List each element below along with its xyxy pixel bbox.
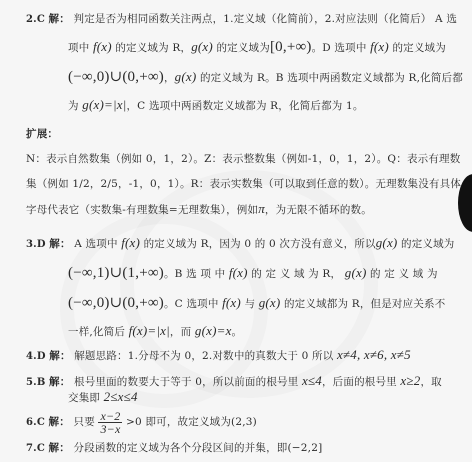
- text: 的定义域为: [389, 42, 446, 54]
- text: ，取: [420, 376, 441, 388]
- text: ，: [164, 72, 175, 84]
- q3-line-3: (−∞,0)∪(0,+∞)。C 选项中 f(x) 与 g(x) 的定义域都为 R…: [68, 296, 445, 311]
- math: g(x)=|x|: [82, 97, 126, 112]
- q7-solution-marker: 解：: [49, 442, 70, 454]
- fraction: x−23−x: [98, 410, 122, 435]
- q7-line: 7.C 解： 分段函数的定义域为各个分段区间的并集，即(−2,2]: [26, 441, 322, 456]
- math: (−∞,0)∪(0,+∞): [68, 295, 164, 311]
- math: π: [258, 201, 265, 216]
- q2-label: 2.C: [26, 14, 45, 25]
- math: x≤4: [302, 373, 322, 388]
- text: 的定义域为: [213, 42, 270, 54]
- numerator: x−2: [98, 410, 122, 423]
- text: 为: [68, 100, 82, 112]
- text: 的定义域为 R。B 选项中两函数定义域都为 R,化简后都: [196, 72, 463, 84]
- text: 。C 选项中: [164, 298, 222, 310]
- q6-solution-marker: 解：: [49, 416, 70, 428]
- text: 项中: [68, 42, 93, 54]
- text: 。D 选项中: [312, 42, 371, 54]
- math: (−∞,1)∪(1,+∞): [68, 265, 164, 281]
- math: x≠4, x≠6, x≠5: [337, 347, 411, 362]
- q5-line-2: 交集即 2≤x≤4: [68, 390, 138, 405]
- text: 的定义域为 R，: [112, 42, 191, 54]
- q4-line: 4.D 解： 解题思路：1.分母不为 0，2.对数中的真数大于 0 所以 x≠4…: [26, 348, 411, 364]
- q4-label: 4.D: [26, 351, 46, 362]
- q2-text: 判定是否为相同函数关注两点，1.定义域（化简前），2.对应法则（化简后） A 选: [74, 13, 458, 25]
- q7-label: 7.C: [26, 443, 45, 454]
- q2-line-1: 2.C 解： 判定是否为相同函数关注两点，1.定义域（化简前），2.对应法则（化…: [26, 12, 457, 27]
- text: 的定义域为 R，因为 0 的 0 次方没有意义，所以: [140, 238, 376, 250]
- math: f(x): [370, 39, 389, 54]
- math: g(x): [175, 69, 197, 84]
- text: 的 定 义 域 为 R，: [248, 268, 345, 280]
- q5-solution-marker: 解：: [49, 376, 70, 388]
- q6-line: 6.C 解： 只要 x−23−x >0 即可，故定义域为(2,3): [26, 408, 257, 437]
- text: ，C 选项中两函数定义域都为 R，化简后都为 1。: [126, 100, 363, 112]
- math: f(x): [121, 235, 140, 250]
- q3-solution-marker: 解：: [49, 238, 70, 250]
- q3-line-1: 3.D 解： A 选项中 f(x) 的定义域为 R，因为 0 的 0 次方没有意…: [26, 236, 455, 252]
- text: 。: [232, 326, 243, 338]
- text: ，为无限不循环的数。: [265, 204, 372, 216]
- text: 字母代表它（实数集-有理数集=无理数集），例如: [26, 204, 258, 216]
- text: 的定义域为: [397, 238, 454, 250]
- ext-line-1: N：表示自然数集（例如 0，1，2）。Z：表示整数集（例如-1，0，1，2）。Q…: [26, 152, 460, 166]
- math: g(x)=x: [195, 323, 232, 338]
- math: g(x): [191, 39, 213, 54]
- text: ，后面的根号里: [322, 376, 400, 388]
- text: 一样,化简后: [68, 326, 129, 338]
- math: f(x): [229, 265, 248, 280]
- math: (−∞,0)∪(0,+∞): [68, 69, 164, 85]
- q2-line-2: 项中 f(x) 的定义域为 R，g(x) 的定义域为[0,+∞)。D 选项中 f…: [68, 40, 446, 55]
- q2-solution-marker: 解：: [49, 13, 70, 25]
- math: g(x): [259, 295, 281, 310]
- text: 根号里面的数要大于等于 0，所以前面的根号里: [74, 376, 302, 388]
- q6-label: 6.C: [26, 417, 45, 428]
- text: 的定义域都为 R，但是对应关系不: [280, 298, 445, 310]
- q2-line-4: 为 g(x)=|x|，C 选项中两函数定义域都为 R，化简后都为 1。: [68, 98, 364, 113]
- q5-line-1: 5.B 解： 根号里面的数要大于等于 0，所以前面的根号里 x≤4，后面的根号里…: [26, 374, 442, 390]
- math: g(x): [376, 235, 398, 250]
- ext-line-2: 集（例如 1/2，2/5，-1，0，1）。R：表示实数集（可以取到任意的数）。无…: [26, 177, 461, 191]
- text: ，而: [170, 326, 195, 338]
- math: 2≤x≤4: [104, 389, 138, 404]
- math: x≥2: [400, 373, 420, 388]
- q5-label: 5.B: [26, 377, 46, 388]
- text: >0 即可，故定义域为(2,3): [122, 416, 256, 428]
- text: 解题思路：1.分母不为 0，2.对数中的真数大于 0 所以: [74, 350, 337, 362]
- q2-line-3: (−∞,0)∪(0,+∞)，g(x) 的定义域为 R。B 选项中两函数定义域都为…: [68, 70, 463, 85]
- math: f(x)=|x|: [129, 323, 170, 338]
- text: 与: [241, 298, 259, 310]
- document-page: 2.C 解： 判定是否为相同函数关注两点，1.定义域（化简前），2.对应法则（化…: [0, 0, 472, 462]
- math: f(x): [93, 39, 112, 54]
- text: 。B 选 项 中: [164, 268, 229, 280]
- denominator: 3−x: [98, 423, 122, 435]
- text: 只要: [74, 416, 99, 428]
- text: 分段函数的定义域为各个分段区间的并集，即(−2,2]: [74, 442, 323, 454]
- math: f(x): [222, 295, 241, 310]
- q3-label: 3.D: [26, 239, 46, 250]
- math: [0,+∞): [270, 39, 312, 55]
- math: g(x): [345, 265, 367, 280]
- ext-line-3: 字母代表它（实数集-有理数集=无理数集），例如π，为无限不循环的数。: [26, 202, 372, 217]
- q4-solution-marker: 解：: [49, 350, 70, 362]
- text: A 选项中: [74, 238, 121, 250]
- extension-heading: 扩展：: [26, 127, 58, 141]
- text: 交集即: [68, 392, 104, 404]
- q3-line-2: (−∞,1)∪(1,+∞)。B 选 项 中 f(x) 的 定 义 域 为 R， …: [68, 266, 438, 281]
- text: 的 定 义 域 为: [367, 268, 438, 280]
- q3-line-4: 一样,化简后 f(x)=|x|，而 g(x)=x。: [68, 324, 242, 339]
